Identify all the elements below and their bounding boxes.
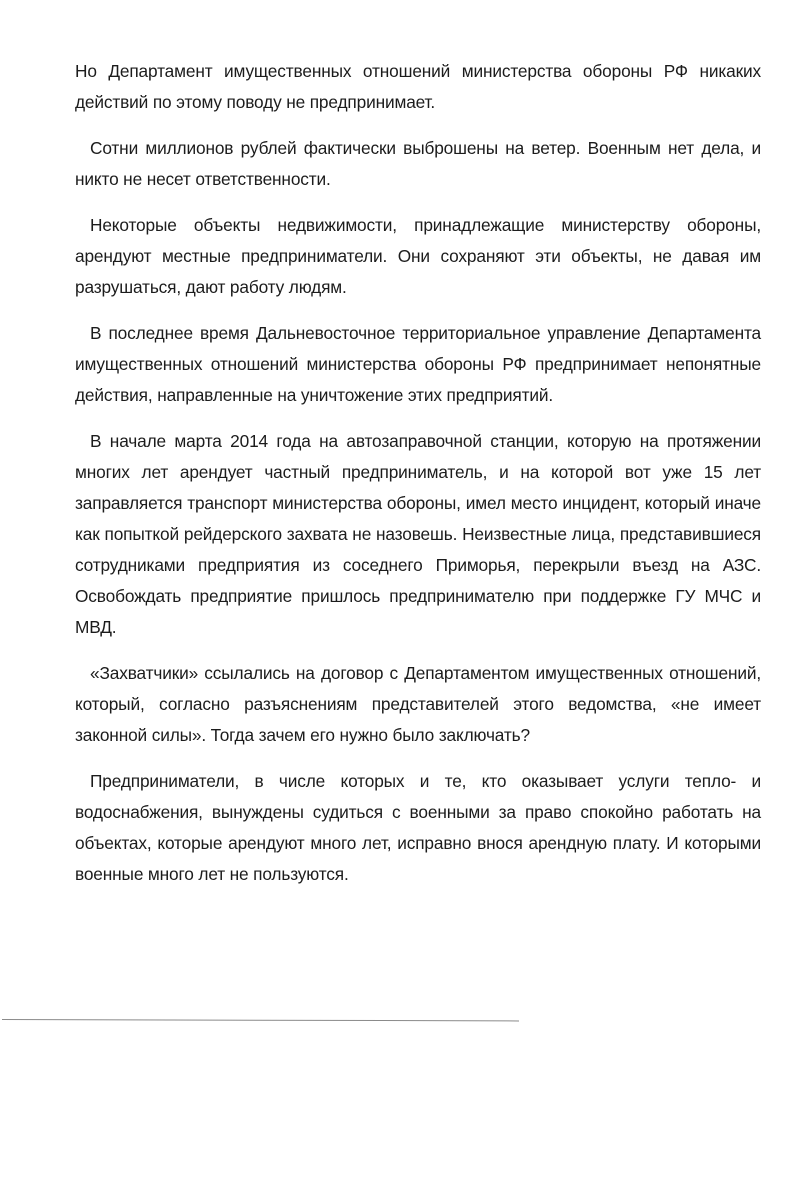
paragraph-wasted-millions: Сотни миллионов рублей фактически выброш… xyxy=(75,133,761,195)
document-page: Но Департамент имущественных отношений м… xyxy=(75,56,761,905)
paragraph-gas-station-incident: В начале марта 2014 года на автозаправоч… xyxy=(75,426,761,643)
paragraph-property-tenants: Некоторые объекты недвижимости, принадле… xyxy=(75,210,761,303)
page-divider-line xyxy=(2,1019,519,1021)
paragraph-entrepreneurs-lawsuits: Предприниматели, в числе которых и те, к… xyxy=(75,766,761,890)
paragraph-far-east-directorate: В последнее время Дальневосточное террит… xyxy=(75,318,761,411)
paragraph-invaders-contract: «Захватчики» ссылались на договор с Депа… xyxy=(75,658,761,751)
paragraph-department-inaction: Но Департамент имущественных отношений м… xyxy=(75,56,761,118)
